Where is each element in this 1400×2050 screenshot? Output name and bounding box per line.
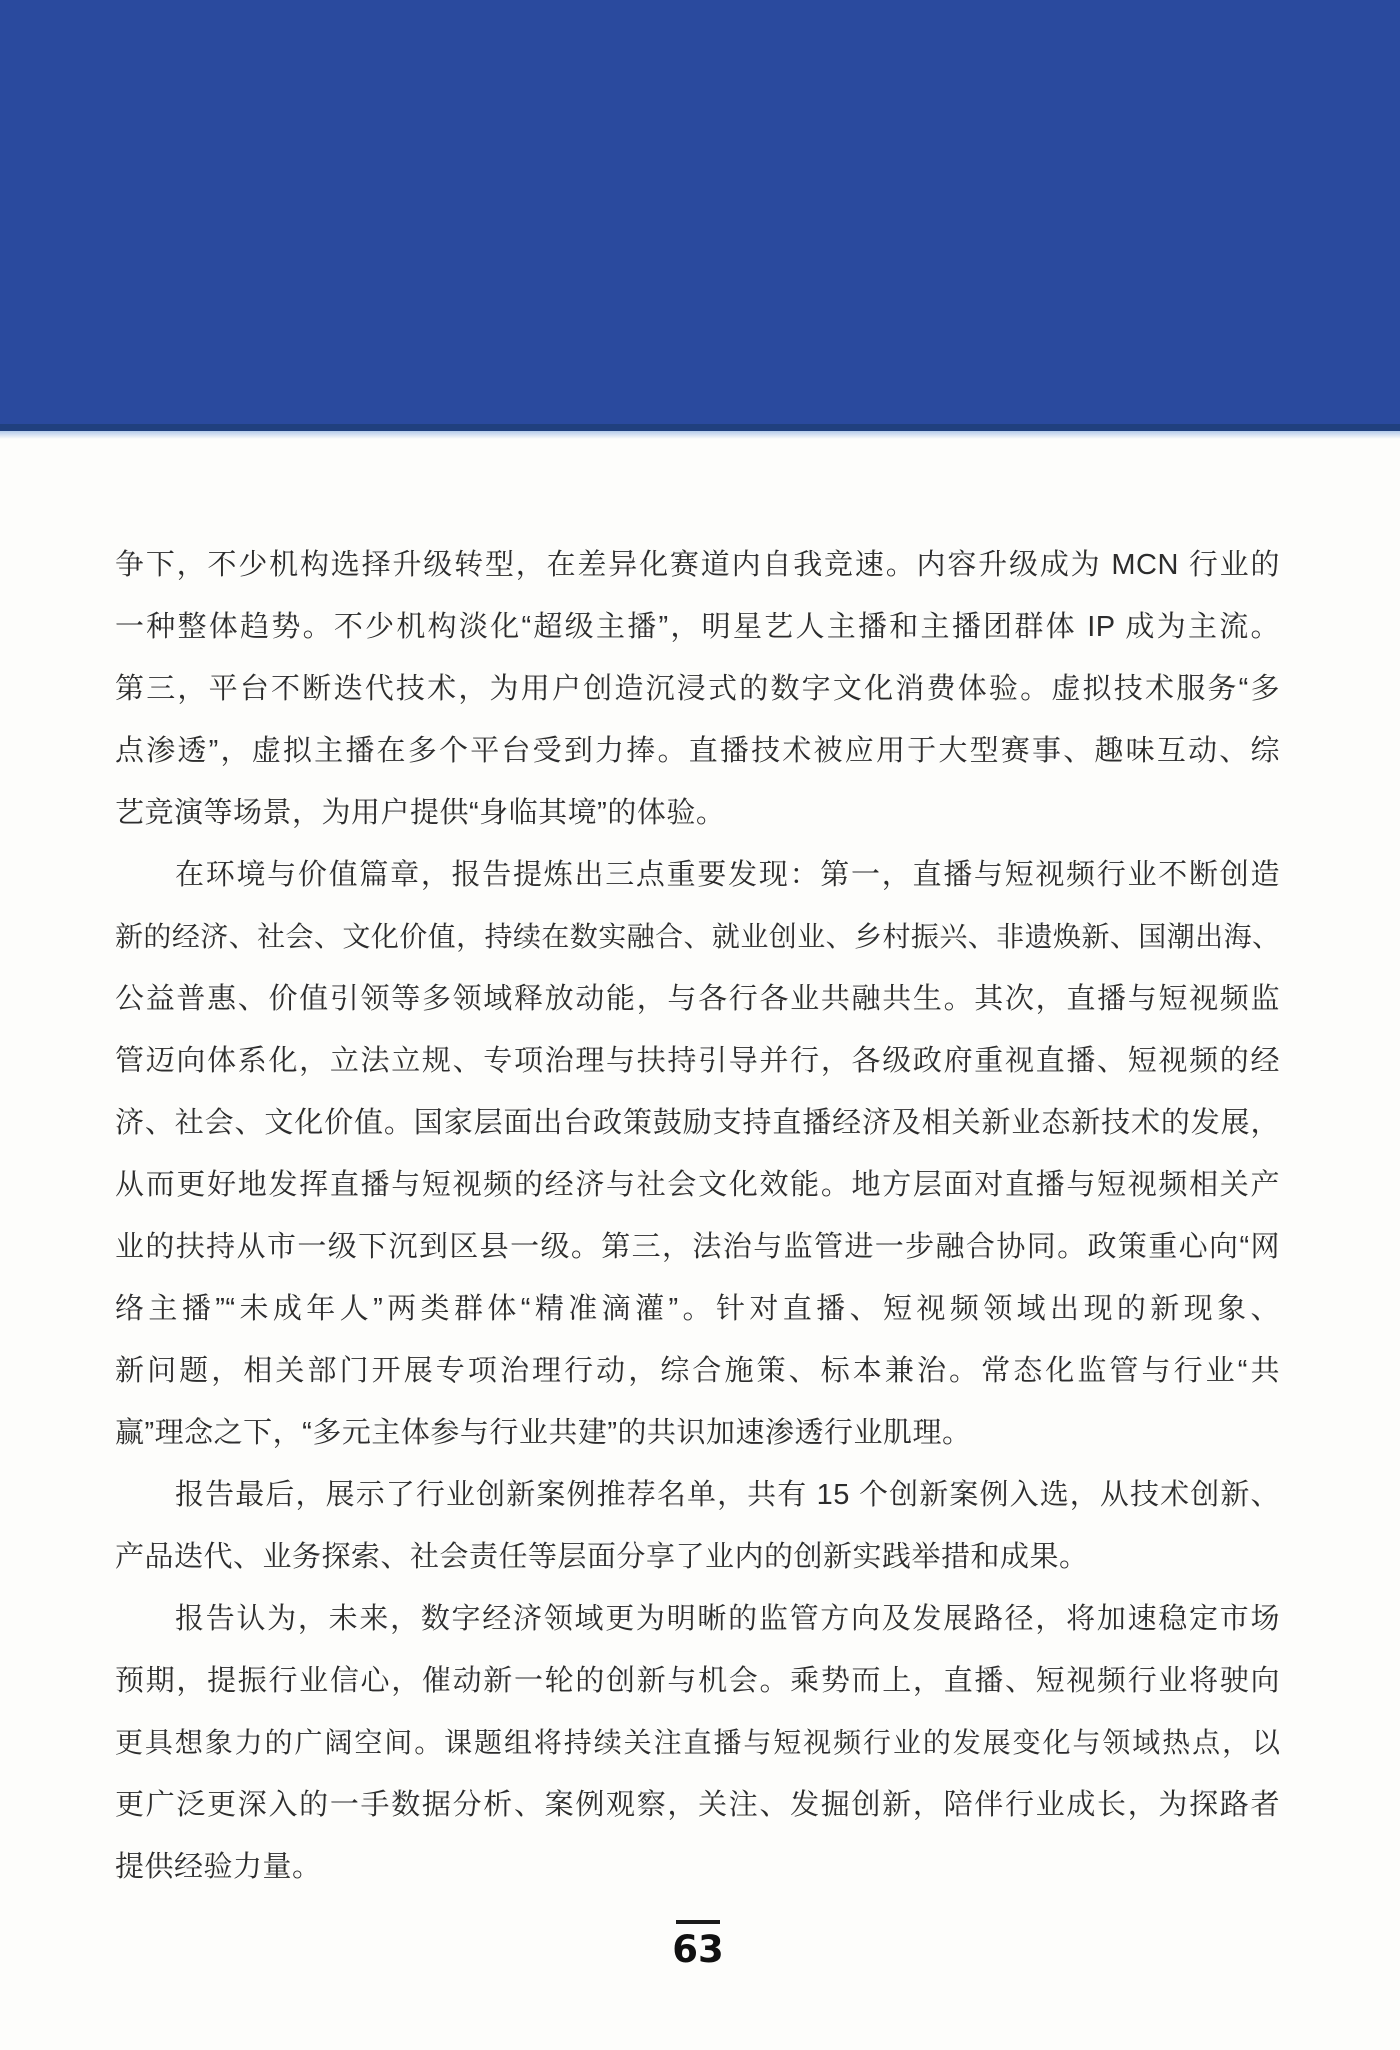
text-line: 第三，平台不断迭代技术，为用户创造沉浸式的数字文化消费体验。虚拟技术服务“多 <box>115 658 1280 720</box>
text-line: 更具想象力的广阔空间。课题组将持续关注直播与短视频行业的发展变化与领域热点，以 <box>115 1712 1280 1774</box>
text-line: 提供经验力量。 <box>115 1836 1280 1898</box>
document-page: 争下，不少机构选择升级转型，在差异化赛道内自我竞速。内容升级成为 MCN 行业的… <box>0 0 1400 2050</box>
text-line: 在环境与价值篇章，报告提炼出三点重要发现：第一，直播与短视频行业不断创造 <box>115 844 1280 906</box>
text-line: 产品迭代、业务探索、社会责任等层面分享了业内的创新实践举措和成果。 <box>115 1526 1280 1588</box>
text-line: 赢”理念之下，“多元主体参与行业共建”的共识加速渗透行业肌理。 <box>115 1402 1280 1464</box>
text-line: 络主播”“未成年人”两类群体“精准滴灌”。针对直播、短视频领域出现的新现象、 <box>115 1278 1280 1340</box>
text-line: 新的经济、社会、文化价值，持续在数实融合、就业创业、乡村振兴、非遗焕新、国潮出海… <box>115 906 1280 968</box>
body-text: 争下，不少机构选择升级转型，在差异化赛道内自我竞速。内容升级成为 MCN 行业的… <box>115 534 1280 1898</box>
text-line: 公益普惠、价值引领等多领域释放动能，与各行各业共融共生。其次，直播与短视频监 <box>115 968 1280 1030</box>
header-banner <box>0 0 1400 431</box>
text-line: 从而更好地发挥直播与短视频的经济与社会文化效能。地方层面对直播与短视频相关产 <box>115 1154 1280 1216</box>
text-line: 更广泛更深入的一手数据分析、案例观察，关注、发掘创新，陪伴行业成长，为探路者 <box>115 1774 1280 1836</box>
text-line: 业的扶持从市一级下沉到区县一级。第三，法治与监管进一步融合协同。政策重心向“网 <box>115 1216 1280 1278</box>
text-line: 艺竞演等场景，为用户提供“身临其境”的体验。 <box>115 782 1280 844</box>
text-line: 报告最后，展示了行业创新案例推荐名单，共有 15 个创新案例入选，从技术创新、 <box>115 1464 1280 1526</box>
text-line: 一种整体趋势。不少机构淡化“超级主播”，明星艺人主播和主播团群体 IP 成为主流… <box>115 596 1280 658</box>
text-line: 济、社会、文化价值。国家层面出台政策鼓励支持直播经济及相关新业态新技术的发展， <box>115 1092 1280 1154</box>
text-line: 管迈向体系化，立法立规、专项治理与扶持引导并行，各级政府重视直播、短视频的经 <box>115 1030 1280 1092</box>
text-line: 争下，不少机构选择升级转型，在差异化赛道内自我竞速。内容升级成为 MCN 行业的 <box>115 534 1280 596</box>
footer-rule <box>676 1920 720 1924</box>
text-line: 新问题，相关部门开展专项治理行动，综合施策、标本兼治。常态化监管与行业“共 <box>115 1340 1280 1402</box>
page-number: 63 <box>628 1928 768 1971</box>
text-line: 预期，提振行业信心，催动新一轮的创新与机会。乘势而上，直播、短视频行业将驶向 <box>115 1650 1280 1712</box>
text-line: 报告认为，未来，数字经济领域更为明晰的监管方向及发展路径，将加速稳定市场 <box>115 1588 1280 1650</box>
text-line: 点渗透”，虚拟主播在多个平台受到力捧。直播技术被应用于大型赛事、趣味互动、综 <box>115 720 1280 782</box>
